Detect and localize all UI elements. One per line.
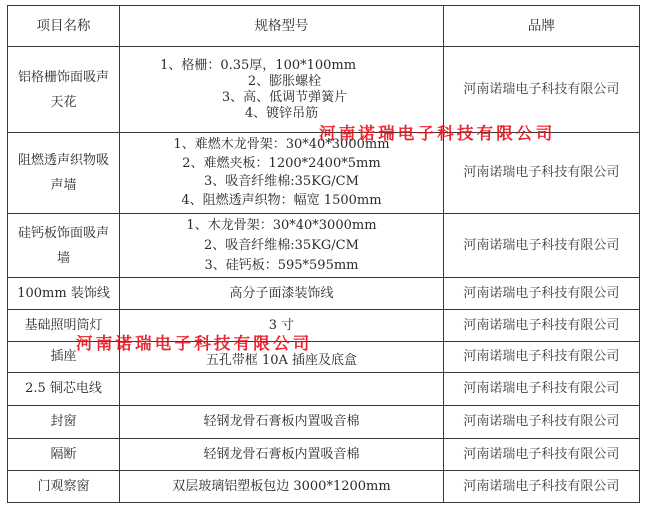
spec-line: 4、镀锌吊筋 [124,106,439,122]
spec-line: 3、吸音纤维棉:35KG/CM [124,173,439,192]
item-name: 铝格栅饰面吸声天花 [8,47,120,133]
spec-line: 2、难燃夹板：1200*2400*5mm [124,155,439,174]
item-brand: 河南诺瑞电子科技有限公司 [443,342,639,373]
table-row: 铝格栅饰面吸声天花 1、格栅：0.35厚，100*100mm 2、膨胀螺栓 3、… [8,47,640,133]
table-row: 基础照明筒灯 3 寸 河南诺瑞电子科技有限公司 [8,310,640,342]
item-brand: 河南诺瑞电子科技有限公司 [443,214,639,278]
item-brand: 河南诺瑞电子科技有限公司 [443,278,639,310]
spec-line: 2、吸音纤维棉:35KG/CM [124,236,439,256]
item-name: 2.5 铜芯电线 [8,373,120,406]
item-brand: 河南诺瑞电子科技有限公司 [443,406,639,439]
item-brand: 河南诺瑞电子科技有限公司 [443,310,639,342]
spec-line: 2、膨胀螺栓 [124,74,439,90]
item-spec: 3 寸 [120,310,444,342]
spec-line: 4、阻燃透声织物：幅宽 1500mm [124,192,439,211]
spec-table: 项目名称 规格型号 品牌 铝格栅饰面吸声天花 1、格栅：0.35厚，100*10… [7,5,640,503]
spec-line: 3、硅钙板：595*595mm [124,256,439,276]
item-brand: 河南诺瑞电子科技有限公司 [443,471,639,503]
header-spec: 规格型号 [120,6,444,47]
table-row: 隔断 轻钢龙骨石膏板内置吸音棉 河南诺瑞电子科技有限公司 [8,439,640,471]
item-spec: 五孔带框 10A 插座及底盒 [120,342,444,373]
item-spec [120,373,444,406]
item-name: 基础照明筒灯 [8,310,120,342]
table-row: 插座 五孔带框 10A 插座及底盒 河南诺瑞电子科技有限公司 [8,342,640,373]
item-spec: 1、格栅：0.35厚，100*100mm 2、膨胀螺栓 3、高、低调节弹簧片 4… [120,47,444,133]
table-row: 阻燃透声织物吸声墙 1、难燃木龙骨架：30*40*3000mm 2、难燃夹板：1… [8,133,640,214]
item-spec: 1、难燃木龙骨架：30*40*3000mm 2、难燃夹板：1200*2400*5… [120,133,444,214]
item-spec: 高分子面漆装饰线 [120,278,444,310]
item-brand: 河南诺瑞电子科技有限公司 [443,133,639,214]
item-name: 100mm 装饰线 [8,278,120,310]
item-name: 阻燃透声织物吸声墙 [8,133,120,214]
item-brand: 河南诺瑞电子科技有限公司 [443,439,639,471]
item-spec: 双层玻璃铝塑板包边 3000*1200mm [120,471,444,503]
item-name: 插座 [8,342,120,373]
table-row: 门观察窗 双层玻璃铝塑板包边 3000*1200mm 河南诺瑞电子科技有限公司 [8,471,640,503]
spec-line: 1、木龙骨架：30*40*3000mm [124,216,439,236]
item-name: 硅钙板饰面吸声墙 [8,214,120,278]
table-row: 100mm 装饰线 高分子面漆装饰线 河南诺瑞电子科技有限公司 [8,278,640,310]
table-row: 封窗 轻钢龙骨石膏板内置吸音棉 河南诺瑞电子科技有限公司 [8,406,640,439]
spec-line: 1、格栅：0.35厚，100*100mm [124,58,439,74]
item-name: 门观察窗 [8,471,120,503]
header-row: 项目名称 规格型号 品牌 [8,6,640,47]
item-brand: 河南诺瑞电子科技有限公司 [443,47,639,133]
item-name: 封窗 [8,406,120,439]
item-name: 隔断 [8,439,120,471]
table-row: 2.5 铜芯电线 河南诺瑞电子科技有限公司 [8,373,640,406]
header-brand: 品牌 [443,6,639,47]
table-row: 硅钙板饰面吸声墙 1、木龙骨架：30*40*3000mm 2、吸音纤维棉:35K… [8,214,640,278]
spec-line: 1、难燃木龙骨架：30*40*3000mm [124,136,439,155]
item-spec: 轻钢龙骨石膏板内置吸音棉 [120,439,444,471]
header-name: 项目名称 [8,6,120,47]
item-spec: 轻钢龙骨石膏板内置吸音棉 [120,406,444,439]
item-spec: 1、木龙骨架：30*40*3000mm 2、吸音纤维棉:35KG/CM 3、硅钙… [120,214,444,278]
spec-line: 3、高、低调节弹簧片 [124,90,439,106]
item-brand: 河南诺瑞电子科技有限公司 [443,373,639,406]
